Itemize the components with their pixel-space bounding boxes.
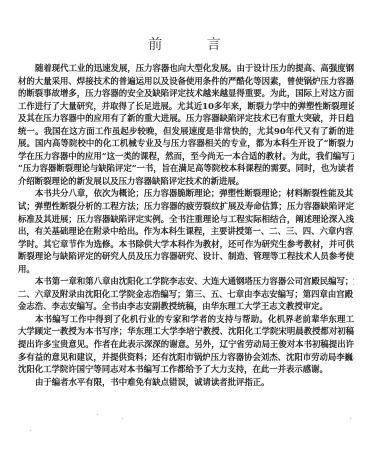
text-line: 沈阳化工学院许国宁等同志对本书编写工作都给予了大力支持，在此一并表示感谢。 — [18, 363, 354, 376]
scan-speck — [122, 418, 123, 419]
scan-speck — [148, 42, 149, 43]
text-line: 及其在压力容器中的应用有了新的重大进展。压力容器缺陷评定技术已有重大突破，并日趋 — [18, 112, 354, 125]
text-line: 提出许多宝贵意见。作者在此表示深深的谢意。另外，辽宁省劳动局王俊对本书初稿提出许 — [18, 338, 354, 351]
text-line: 二、六章及附录由沈阳化工学院金志浩编写；第三、五、七章由李志安编写；第四章由宫殿… — [18, 288, 354, 301]
text-line: 多有益的意见和建议，并提供资料；还有沈阳市锅炉压力容器协会刘杰、沈阳市劳动局李巍… — [18, 351, 354, 364]
text-line: 金志浩、李志安编写。全书由李志安副教授统稿，由华东理工大学王志文教授审定。 — [18, 300, 354, 313]
text-line: 由于编者水平有限，书中难免有缺点错误，诚请读者批评指正。 — [18, 376, 354, 389]
text-line: 统一。我国在这方面工作虽起步较晚，但发展速度是非常快的，尤其90年代又有了新的进 — [18, 125, 354, 138]
text-line: 介绍断裂理论的新发展以及压力容器缺陷评定技术的新进展。 — [18, 175, 354, 188]
text-line: 大学顾定一教授为本书写序；华东理工大学李培宁教授、沈阳化工学院宋明晨教授都对初稿 — [18, 325, 354, 338]
page-title: 前 言 — [0, 34, 369, 54]
scan-speck — [350, 418, 351, 419]
text-line: 本书第一章和第八章由沈阳化工学院李志安、大连大通钢塔压力容器公司宫殿民编写；第 — [18, 275, 354, 288]
text-line: 断裂理论与缺陷评定的研究人员及压力容器研究、设计、制造、管理等工程技术人员参考使 — [18, 250, 354, 263]
text-line: 用。 — [18, 263, 354, 276]
text-line: 试；弹塑性断裂分析的工程方法；压力容器的疲劳裂纹扩展及寿命估算；压力容器缺陷评定 — [18, 200, 354, 213]
text-line: 学时。其它章节作为选修。本书除供大学本科作为教材，还可作为研究生参考教材，并可供 — [18, 238, 354, 251]
text-line: 工作进行了大量研究，并取得了长足进展。尤其近10多年来，断裂力学中的弹塑性断裂理… — [18, 100, 354, 113]
text-line: 材的大量采用、焊接技术的普遍运用以及设备使用条件的严酷化等因素，曾使锅炉压力容器 — [18, 75, 354, 88]
scan-speck — [30, 430, 31, 431]
text-line: “压力容器断裂理论与缺陷评定”一书，旨在满足高等院校本科课程的需要。同时，也为读… — [18, 162, 354, 175]
text-line: 学在压力容器中的应用”这一类的课程，然而，至今尚无一本合适的教材。为此，我们编写… — [18, 150, 354, 163]
text-line: 本书共分八章，依次为概论；压力容器脆断理论；弹塑性断裂理论；材料断裂性能及其测 — [18, 187, 354, 200]
text-line: 展。国内高等院校中的化工机械专业及与压力容器相关的专业，都为本科生开设了“断裂力 — [18, 137, 354, 150]
document-page: 前 言 随着现代工业的迅速发展，压力容器也向大型化发展。由于设计压力的提高、高强… — [0, 0, 369, 450]
preface-body: 随着现代工业的迅速发展，压力容器也向大型化发展。由于设计压力的提高、高强度钢 材… — [18, 62, 354, 388]
text-line: 本书编写工作中得到了化机行业的专家和学者的支持与帮助。化机界老前辈华东理工 — [18, 313, 354, 326]
scan-speck — [97, 414, 98, 415]
text-line: 的断裂事故增多，压力容器的安全及缺陷评定技术越来越显得重要。为此，国际上对这方面 — [18, 87, 354, 100]
text-line: 出，有关基础理论在附录中给出。作为本科生课程，主要讲授第一、二、三、四、六章内容… — [18, 225, 354, 238]
text-line: 随着现代工业的迅速发展，压力容器也向大型化发展。由于设计压力的提高、高强度钢 — [18, 62, 354, 75]
text-line: 标准及其进展；压力容器缺陷评定实例。全书注重理论与工程实际相结合，阐述理论深入浅 — [18, 213, 354, 226]
